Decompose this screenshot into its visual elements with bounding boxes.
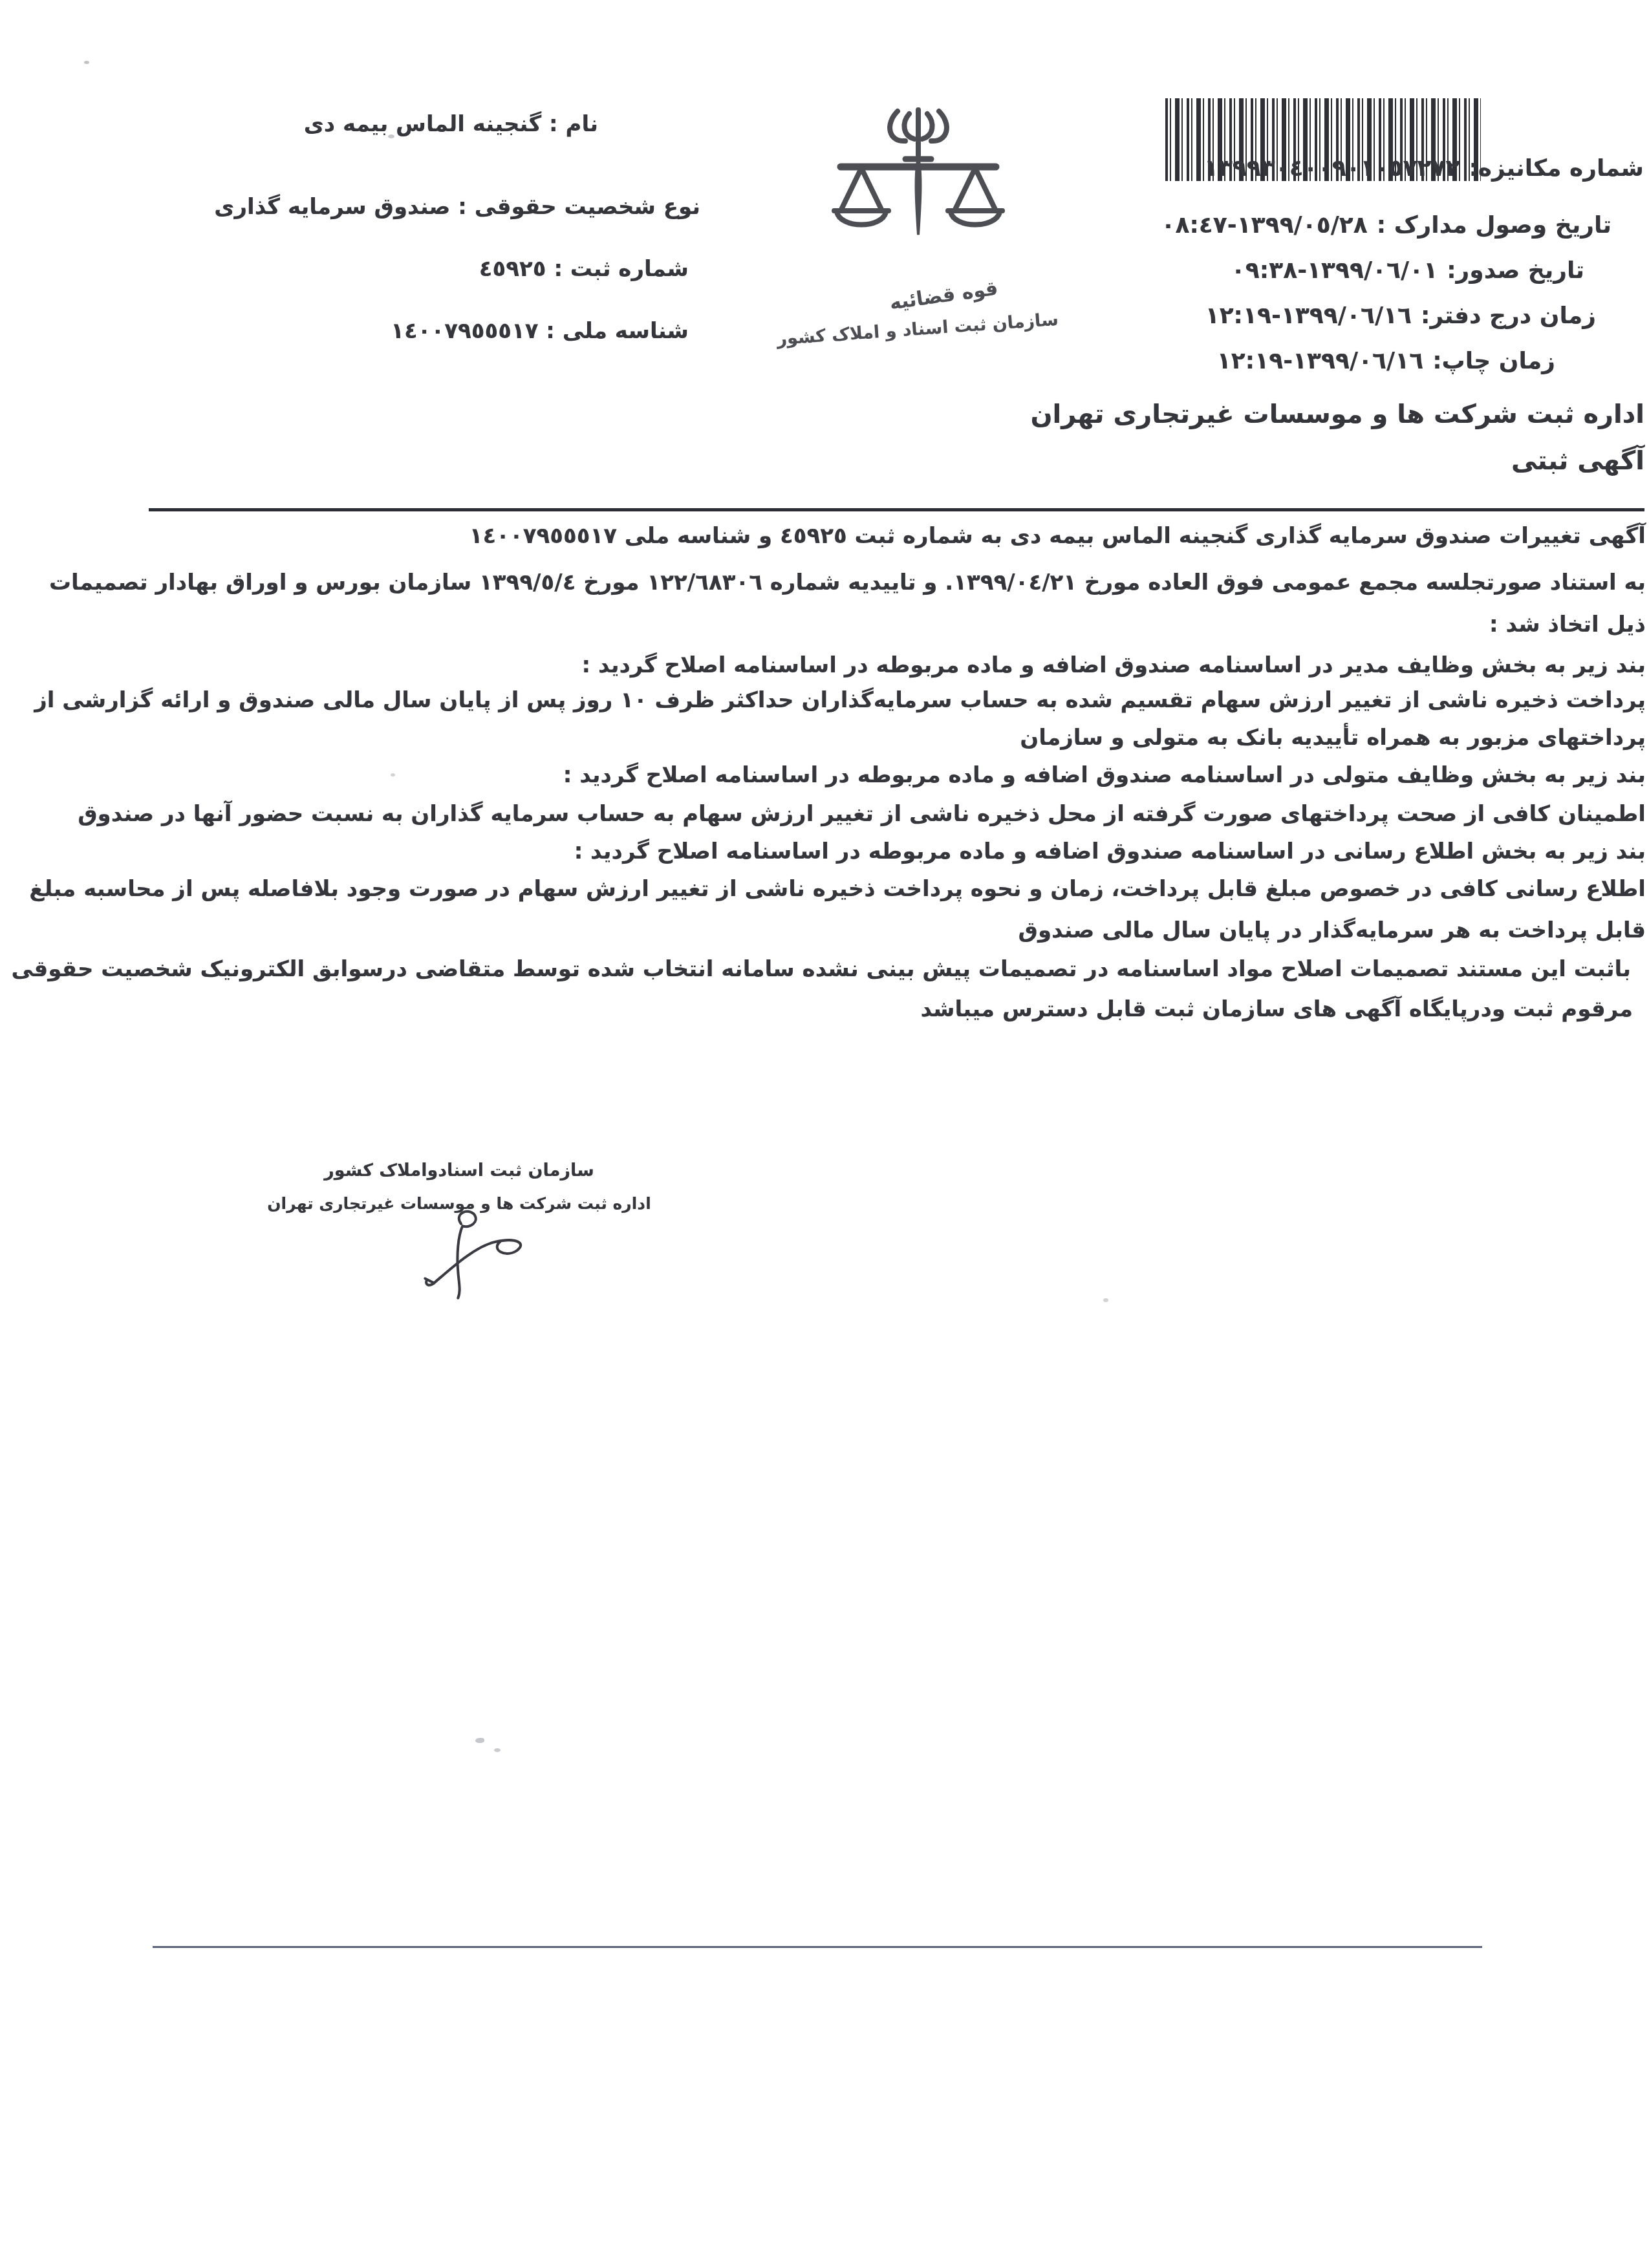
mechanized-number-value: ١٣٩٩٣٠٤٠٠٩٠١٠٥٧٢٧٢: [1204, 155, 1460, 182]
mechanized-number-row: شماره مکانیزه: ١٣٩٩٣٠٤٠٠٩٠١٠٥٧٢٧٢: [1204, 155, 1644, 182]
print-time-label: زمان چاپ:: [1432, 348, 1555, 374]
bottom-scan-line: [153, 1946, 1482, 1948]
registration-organization-script: سازمان ثبت اسناد و املاک کشور: [746, 308, 1090, 352]
scan-artifact: [494, 1748, 501, 1752]
entity-type-label: نوع شخصیت حقوقی :: [458, 194, 700, 220]
notice-body-line: باثبت این مستند تصمیمات اصلاح مواد اساسن…: [12, 956, 1632, 983]
issue-date-value: ١٣٩٩/٠٦/٠١-٠٩:٣٨: [1231, 257, 1438, 284]
national-id-line: شناسه ملی : ١٤٠٠٧٩٥٥٥١٧: [391, 318, 689, 344]
issue-date-row: تاریخ صدور: ١٣٩٩/٠٦/٠١-٠٩:٣٨: [1231, 257, 1584, 284]
national-id-value: ١٤٠٠٧٩٥٥٥١٧: [391, 318, 538, 344]
notice-body-line: ذیل اتخاذ شد :: [1489, 611, 1646, 639]
scan-artifact: [84, 61, 89, 64]
notice-body-line: مرقوم ثبت ودرپایگاه آگهی های سازمان ثبت …: [920, 996, 1633, 1023]
signing-organization-name: سازمان ثبت اسنادواملاک کشور: [265, 1161, 653, 1181]
notice-body-line: بند زیر به بخش وظایف متولی در اساسنامه ص…: [563, 762, 1646, 789]
entity-type-value: صندوق سرمایه گذاری: [214, 194, 450, 220]
entity-type-line: نوع شخصیت حقوقی : صندوق سرمایه گذاری: [214, 194, 700, 220]
entity-name-label: نام :: [549, 111, 598, 137]
mechanized-number-label: شماره مکانیزه:: [1469, 155, 1644, 182]
scan-artifact: [388, 134, 394, 138]
notice-type-title: آگهی ثبتی: [1511, 446, 1644, 476]
signature-scribble: [414, 1206, 537, 1300]
scales-of-justice-icon: [815, 102, 1022, 296]
registration-number-line: شماره ثبت : ٤٥٩٢٥: [479, 256, 689, 282]
scan-artifact: [475, 1738, 484, 1743]
print-time-row: زمان چاپ: ١٣٩٩/٠٦/١٦-١٢:١٩: [1217, 348, 1555, 374]
print-time-value: ١٣٩٩/٠٦/١٦-١٢:١٩: [1217, 348, 1423, 374]
notice-body-line: قابل پرداخت به هر سرمایه‌گذار در پایان س…: [1018, 917, 1646, 945]
notice-body-line: بند زیر به بخش اطلاع رسانی در اساسنامه ص…: [574, 838, 1646, 866]
notice-body-line: آگهی تغییرات صندوق سرمایه گذاری گنجینه ا…: [469, 522, 1646, 550]
ledger-entry-time-value: ١٣٩٩/٠٦/١٦-١٢:١٩: [1205, 303, 1412, 329]
entity-name-value: گنجینه الماس بیمه دی: [304, 111, 542, 137]
entity-name-line: نام : گنجینه الماس بیمه دی: [304, 111, 598, 137]
notice-body-line: بند زیر به بخش وظایف مدیر در اساسنامه صن…: [582, 652, 1646, 679]
registration-number-label: شماره ثبت :: [554, 256, 689, 282]
signature-block: سازمان ثبت اسنادواملاک کشور اداره ثبت شر…: [265, 1161, 653, 1322]
issuing-office-title: اداره ثبت شرکت ها و موسسات غیرتجاری تهرا…: [1030, 400, 1644, 429]
documents-received-date-row: تاریخ وصول مدارک : ١٣٩٩/٠٥/٢٨-٠٨:٤٧: [1161, 212, 1611, 239]
header-divider: [149, 508, 1644, 511]
notice-body-line: پرداختهای مزبور به همراه تأییدیه بانک به…: [1020, 724, 1646, 752]
notice-body-line: پرداخت ذخیره ناشی از تغییر ارزش سهام تقس…: [34, 687, 1646, 714]
ledger-entry-time-row: زمان درج دفتر: ١٣٩٩/٠٦/١٦-١٢:١٩: [1205, 303, 1596, 329]
notice-body-line: به استناد صورتجلسه مجمع عمومی فوق العاده…: [49, 569, 1646, 597]
registration-number-value: ٤٥٩٢٥: [479, 256, 546, 282]
issue-date-label: تاریخ صدور:: [1447, 257, 1584, 284]
notice-body-line: اطمینان کافی از صحت پرداختهای صورت گرفته…: [78, 800, 1646, 828]
documents-received-date-value: ١٣٩٩/٠٥/٢٨-٠٨:٤٧: [1161, 212, 1367, 239]
scan-artifact: [391, 773, 395, 776]
scan-artifact: [1103, 1298, 1108, 1302]
scanned-registration-notice: نام : گنجینه الماس بیمه دی نوع شخصیت حقو…: [0, 0, 1649, 2268]
ledger-entry-time-label: زمان درج دفتر:: [1421, 303, 1596, 329]
national-id-label: شناسه ملی :: [546, 318, 689, 344]
judiciary-logo-block: قوه قضائیه سازمان ثبت اسناد و املاک کشور: [744, 102, 1093, 380]
documents-received-date-label: تاریخ وصول مدارک :: [1377, 212, 1611, 239]
notice-body-line: اطلاع رسانی کافی در خصوص مبلغ قابل پرداخ…: [29, 875, 1646, 903]
